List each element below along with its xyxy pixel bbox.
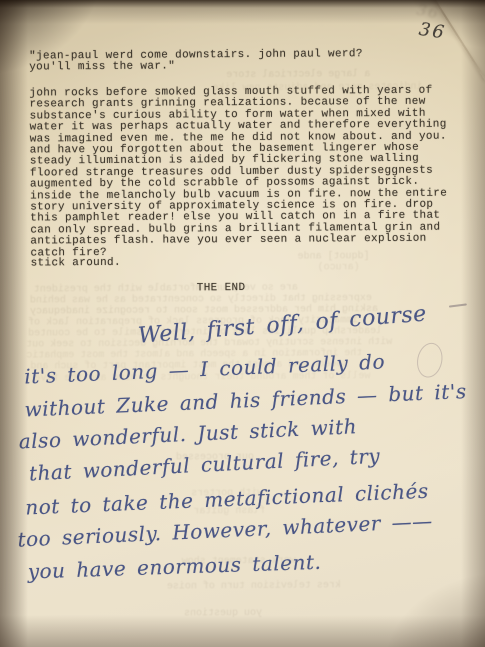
bleedthrough-text: you questions: [184, 608, 262, 620]
typed-body-paragraph: john rocks before smoked glass mouth stu…: [29, 86, 447, 260]
pencil-loop-mark: [414, 341, 446, 380]
page-content: a large electrical store indicates more …: [0, 0, 485, 647]
pencil-dash-mark: [449, 303, 467, 307]
handwritten-note-line: you have enormous talent.: [27, 550, 321, 584]
typed-dialogue-quote: "jean-paul werd come downstairs. john pa…: [29, 49, 363, 74]
typed-the-end-title: THE END: [197, 283, 246, 295]
typed-signoff-line: stick around.: [31, 258, 121, 270]
photographed-manuscript-page: a large electrical store indicates more …: [0, 0, 485, 647]
bleedthrough-text: (aruco): [318, 262, 360, 273]
page-number: 36: [418, 19, 448, 44]
bleedthrough-text: kres television turn of noise: [167, 580, 341, 592]
